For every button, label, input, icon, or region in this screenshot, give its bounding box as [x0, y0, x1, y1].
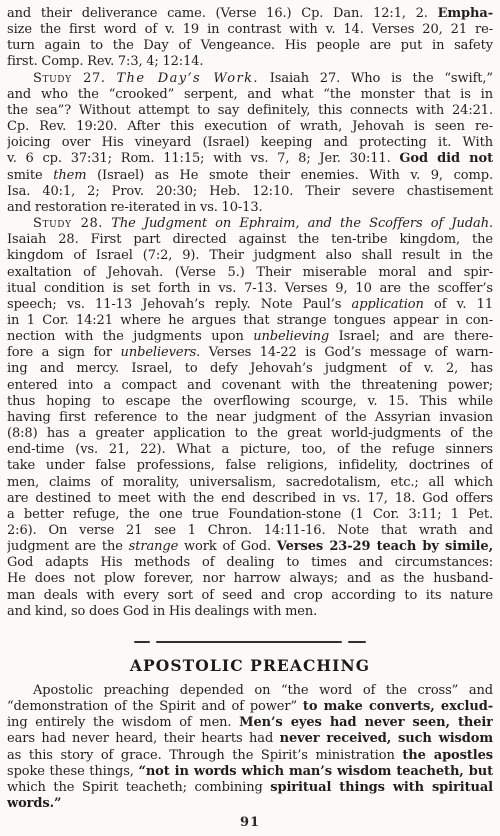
styled-text: them: [53, 168, 86, 183]
text-line: Study 28. The Judgment on Ephraim, and t…: [7, 216, 493, 232]
text: are destined to meet with the end descri…: [7, 491, 493, 506]
text-line: having first reference to the near judgm…: [7, 410, 493, 426]
text: take under false professions, false reli…: [7, 458, 493, 473]
text-line: and restoration re-iterated in vs. 10-13…: [7, 200, 493, 216]
text: Apostolic preaching depended on “the wor…: [33, 683, 493, 698]
text: speech; vs. 11-13 Jehovah’s reply. Note …: [7, 297, 352, 312]
text-line: judgment are the strange work of God. Ve…: [7, 539, 493, 555]
text: turn again to the Day of Vengeance. His …: [7, 38, 493, 53]
styled-text: God did not: [399, 151, 493, 166]
text-line: fore a sign for unbelievers. Verses 14-2…: [7, 345, 493, 361]
text: 2:6). On verse 21 see 1 Chron. 14:11-16.…: [7, 523, 493, 538]
text: fore a sign for: [7, 345, 121, 360]
styled-text: strange: [129, 539, 179, 554]
styled-text: application: [352, 297, 424, 312]
styled-text: to make converts, exclud-: [303, 699, 493, 714]
apostolic-section-text: Apostolic preaching depended on “the wor…: [7, 683, 493, 812]
text: kingdom of Israel (7:2, 9). Their judgme…: [7, 248, 493, 263]
text-line: end-time (vs. 21, 22). What a picture, t…: [7, 442, 493, 458]
text: Cp. Rev. 19:20. After this execution of …: [7, 119, 493, 134]
page-number: 91: [7, 815, 493, 830]
text: ing entirely the wisdom of men.: [7, 715, 239, 730]
text-line: Isa. 40:1, 2; Prov. 20:30; Heb. 12:10. T…: [7, 184, 493, 200]
text: itual condition is set forth in vs. 7-13…: [7, 281, 493, 296]
text-line: joicing over His vineyard (Israel) keepi…: [7, 135, 493, 151]
text-line: Isaiah 28. First part directed against t…: [7, 232, 493, 248]
text-line: words.”: [7, 796, 493, 812]
text-line: (8:8) has a greater application to the g…: [7, 426, 493, 442]
text-line: and who the “crooked” serpent, and what …: [7, 87, 493, 103]
text: man deals with every sort of seed and cr…: [7, 588, 493, 603]
text-line: men, claims of morality, universalism, s…: [7, 475, 493, 491]
text-line: “demonstration of the Spirit and of powe…: [7, 699, 493, 715]
styled-text: Empha-: [438, 6, 493, 21]
paragraph: Study 28. The Judgment on Ephraim, and t…: [7, 216, 493, 620]
text-line: smite them (Israel) as He smote their en…: [7, 168, 493, 184]
text: [106, 71, 117, 86]
text-line: the sea”? Without attempt to say definit…: [7, 103, 493, 119]
text: which the Spirit teacheth; combining: [7, 780, 270, 795]
text: (8:8) has a greater application to the g…: [7, 426, 493, 441]
text: and restoration re-iterated in vs. 10-13…: [7, 200, 263, 215]
text-line: turn again to the Day of Vengeance. His …: [7, 38, 493, 54]
paragraph: Study 27. The Day’s Work. Isaiah 27. Who…: [7, 71, 493, 216]
text: men, claims of morality, universalism, s…: [7, 475, 493, 490]
book-page: and their deliverance came. (Verse 16.) …: [0, 0, 500, 836]
styled-text: Verses 23-29 teach by simile,: [277, 539, 493, 554]
text-line: exaltation of Jehovah. (Verse 5.) Their …: [7, 265, 493, 281]
text-line: God adapts His methods of dealing to tim…: [7, 555, 493, 571]
text: “demonstration of the Spirit and of powe…: [7, 699, 303, 714]
text-line: which the Spirit teacheth; combining spi…: [7, 780, 493, 796]
styled-text: The Day’s Work.: [116, 71, 258, 86]
text: Isaiah 28. First part directed against t…: [7, 232, 493, 247]
text-line: ears had never heard, their hearts had n…: [7, 731, 493, 747]
text: having first reference to the near judgm…: [7, 410, 493, 425]
text: Isa. 40:1, 2; Prov. 20:30; Heb. 12:10. T…: [7, 184, 493, 199]
text-line: Study 27. The Day’s Work. Isaiah 27. Who…: [7, 71, 493, 87]
text-line: size the first word of v. 19 in contrast…: [7, 22, 493, 38]
text: of v. 11: [424, 297, 493, 312]
text-line: are destined to meet with the end descri…: [7, 491, 493, 507]
styled-text: unbelievers: [121, 345, 197, 360]
text-line: Apostolic preaching depended on “the wor…: [7, 683, 493, 699]
text-line: ing entirely the wisdom of men. Men’s ey…: [7, 715, 493, 731]
text-line: itual condition is set forth in vs. 7-13…: [7, 281, 493, 297]
text: spoke these things,: [7, 764, 138, 779]
text: Isaiah 27. Who is the “swift,”: [259, 71, 493, 86]
text-line: man deals with every sort of seed and cr…: [7, 588, 493, 604]
text: as this story of grace. Through the Spir…: [7, 748, 402, 763]
divider-segment: [348, 641, 366, 643]
styled-text: the apostles: [402, 748, 493, 763]
text: in 1 Cor. 14:21 where he argues that str…: [7, 313, 493, 328]
text-line: as this story of grace. Through the Spir…: [7, 748, 493, 764]
divider-segment: [156, 641, 342, 643]
text: . Verses 14-22 is God’s message of warn-: [196, 345, 493, 360]
text-line: Cp. Rev. 19:20. After this execution of …: [7, 119, 493, 135]
paragraph: and their deliverance came. (Verse 16.) …: [7, 6, 493, 71]
text: work of God.: [178, 539, 277, 554]
text: God adapts His methods of dealing to tim…: [7, 555, 493, 570]
styled-text: Study 27.: [33, 71, 106, 86]
text: exaltation of Jehovah. (Verse 5.) Their …: [7, 265, 493, 280]
text-line: ing and mercy. Israel, to defy Jehovah’s…: [7, 361, 493, 377]
section-heading: APOSTOLIC PREACHING: [7, 656, 493, 676]
text: entered into a compact and covenant with…: [7, 378, 493, 393]
text: and who the “crooked” serpent, and what …: [7, 87, 493, 102]
text: and kind, so does God in His dealings wi…: [7, 604, 317, 619]
text-line: He does not plow forever, nor harrow alw…: [7, 571, 493, 587]
text: a better refuge, the one true Foundation…: [7, 507, 493, 522]
styled-text: never received, such wisdom: [280, 731, 493, 746]
styled-text: spiritual things with spiritual: [270, 780, 493, 795]
divider-segment: [134, 641, 150, 643]
text: end-time (vs. 21, 22). What a picture, t…: [7, 442, 493, 457]
styled-text: unbelieving: [253, 329, 329, 344]
text: thus hoping to escape the overflowing sc…: [7, 394, 493, 409]
text-line: 2:6). On verse 21 see 1 Chron. 14:11-16.…: [7, 523, 493, 539]
text-line: take under false professions, false reli…: [7, 458, 493, 474]
text-line: speech; vs. 11-13 Jehovah’s reply. Note …: [7, 297, 493, 313]
text: and their deliverance came. (Verse 16.) …: [7, 6, 438, 21]
text: judgment are the: [7, 539, 129, 554]
text: smite: [7, 168, 53, 183]
text-line: a better refuge, the one true Foundation…: [7, 507, 493, 523]
text: ears had never heard, their hearts had: [7, 731, 280, 746]
text-line: and kind, so does God in His dealings wi…: [7, 604, 493, 620]
text-line: spoke these things, “not in words which …: [7, 764, 493, 780]
text-line: entered into a compact and covenant with…: [7, 378, 493, 394]
text: first. Comp. Rev. 7:3, 4; 12:14.: [7, 54, 203, 69]
text: v. 6 cp. 37:31; Rom. 11:15; with vs. 7, …: [7, 151, 399, 166]
text: He does not plow forever, nor harrow alw…: [7, 571, 493, 586]
text: nection with the judgments upon: [7, 329, 253, 344]
text: Israel; and are there-: [329, 329, 493, 344]
styled-text: Men’s eyes had never seen, their: [239, 715, 493, 730]
text: joicing over His vineyard (Israel) keepi…: [7, 135, 493, 150]
text-line: and their deliverance came. (Verse 16.) …: [7, 6, 493, 22]
text-line: thus hoping to escape the overflowing sc…: [7, 394, 493, 410]
text-line: nection with the judgments upon unbeliev…: [7, 329, 493, 345]
styled-text: words.”: [7, 796, 61, 811]
text: (Israel) as He smote their enemies. With…: [86, 168, 493, 183]
styled-text: Study 28.: [33, 216, 103, 231]
text-line: first. Comp. Rev. 7:3, 4; 12:14.: [7, 54, 493, 70]
paragraph: Apostolic preaching depended on “the wor…: [7, 683, 493, 812]
styled-text: The Judgment on Ephraim, and the Scoffer…: [111, 216, 493, 231]
text: ing and mercy. Israel, to defy Jehovah’s…: [7, 361, 493, 376]
text: size the first word of v. 19 in contrast…: [7, 22, 493, 37]
text-line: in 1 Cor. 14:21 where he argues that str…: [7, 313, 493, 329]
styled-text: “not in words which man’s wisdom teachet…: [138, 764, 493, 779]
main-article: and their deliverance came. (Verse 16.) …: [7, 6, 493, 620]
text: the sea”? Without attempt to say definit…: [7, 103, 493, 118]
section-divider: [7, 641, 493, 644]
text-line: v. 6 cp. 37:31; Rom. 11:15; with vs. 7, …: [7, 151, 493, 167]
text-line: kingdom of Israel (7:2, 9). Their judgme…: [7, 248, 493, 264]
